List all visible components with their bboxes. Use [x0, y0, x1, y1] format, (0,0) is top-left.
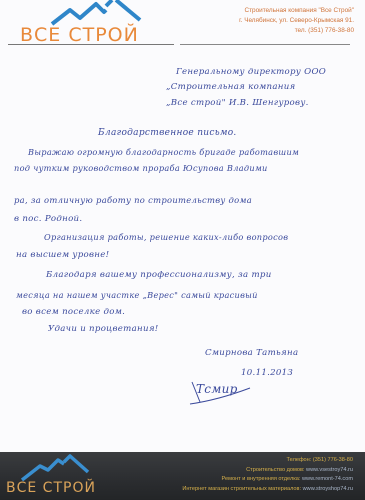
letter-body-line: ра, за отличную работу по строительству … [14, 195, 252, 205]
footer-banner: ВСЕ СТРОЙ Телефон: (351) 776-38-80 Строи… [0, 452, 365, 500]
letter-date: 10.11.2013 [241, 368, 293, 378]
letter-body-line: Благодаря вашему профессионализму, за тр… [46, 270, 272, 280]
letter-body-line: Удачи и процветания! [48, 324, 159, 334]
footer-label: Интернет магазин строительных материалов… [182, 486, 301, 492]
company-address: г. Челябинск, ул. Северо-Крымская 91. [239, 16, 354, 26]
letter-body-line: под чутким руководством прораба Юсупова … [14, 163, 268, 173]
footer-label: Телефон: [287, 457, 312, 463]
header-divider-right [180, 44, 350, 45]
addressee-line: Генеральному директору ООО [176, 67, 326, 77]
letter-body-line: Организация работы, решение каких-либо в… [44, 232, 288, 242]
company-name: Строительная компания "Все Строй" [239, 6, 354, 16]
letter-body-line: во всем поселке дом. [22, 307, 125, 317]
letter-body-line: в пос. Родной. [14, 214, 82, 224]
footer-link-shop[interactable]: www.stroyshop74.ru [303, 486, 353, 492]
company-info: Строительная компания "Все Строй" г. Чел… [239, 6, 354, 36]
footer-phone: (351) 776-38-80 [313, 457, 353, 463]
footer-contacts: Телефон: (351) 776-38-80 Строительство д… [182, 456, 353, 494]
footer-logo: ВСЕ СТРОЙ [0, 452, 120, 500]
signature-name: Смирнова Татьяна [205, 348, 298, 358]
footer-shop-line: Интернет магазин строительных материалов… [182, 485, 353, 495]
addressee-line: „Строительная компания [166, 82, 296, 92]
logo-text: ВСЕ СТРОЙ [20, 24, 139, 46]
signature-stroke-icon [188, 378, 258, 408]
footer-logo-text: ВСЕ СТРОЙ [6, 480, 96, 496]
company-phone: тел. (351) 776-38-80 [239, 26, 354, 36]
letter-title: Благодарственное письмо. [98, 128, 237, 138]
footer-link-repair[interactable]: www.remont-74.com [302, 476, 353, 482]
header-divider [8, 44, 174, 45]
footer-link-construction[interactable]: www.vsestroy74.ru [306, 467, 353, 473]
footer-label: Строительство домов: [246, 467, 304, 473]
footer-construction-line: Строительство домов: www.vsestroy74.ru [182, 466, 353, 476]
footer-label: Ремонт и внутренняя отделка: [222, 476, 301, 482]
addressee-line: „Все строй" И.В. Шенгурову. [166, 98, 309, 108]
footer-repair-line: Ремонт и внутренняя отделка: www.remont-… [182, 475, 353, 485]
letterhead: ВСЕ СТРОЙ Строительная компания "Все Стр… [0, 0, 365, 52]
footer-phone-line: Телефон: (351) 776-38-80 [182, 456, 353, 466]
letter-body-line: Выражаю огромную благодарность бригаде р… [28, 147, 299, 157]
letter-body-line: на высшем уровне! [16, 250, 109, 260]
letter-body-line: месяца на нашем участке „Верес" самый кр… [16, 290, 258, 300]
footer-roof-icon [0, 452, 120, 482]
company-logo: ВСЕ СТРОЙ [0, 0, 180, 50]
